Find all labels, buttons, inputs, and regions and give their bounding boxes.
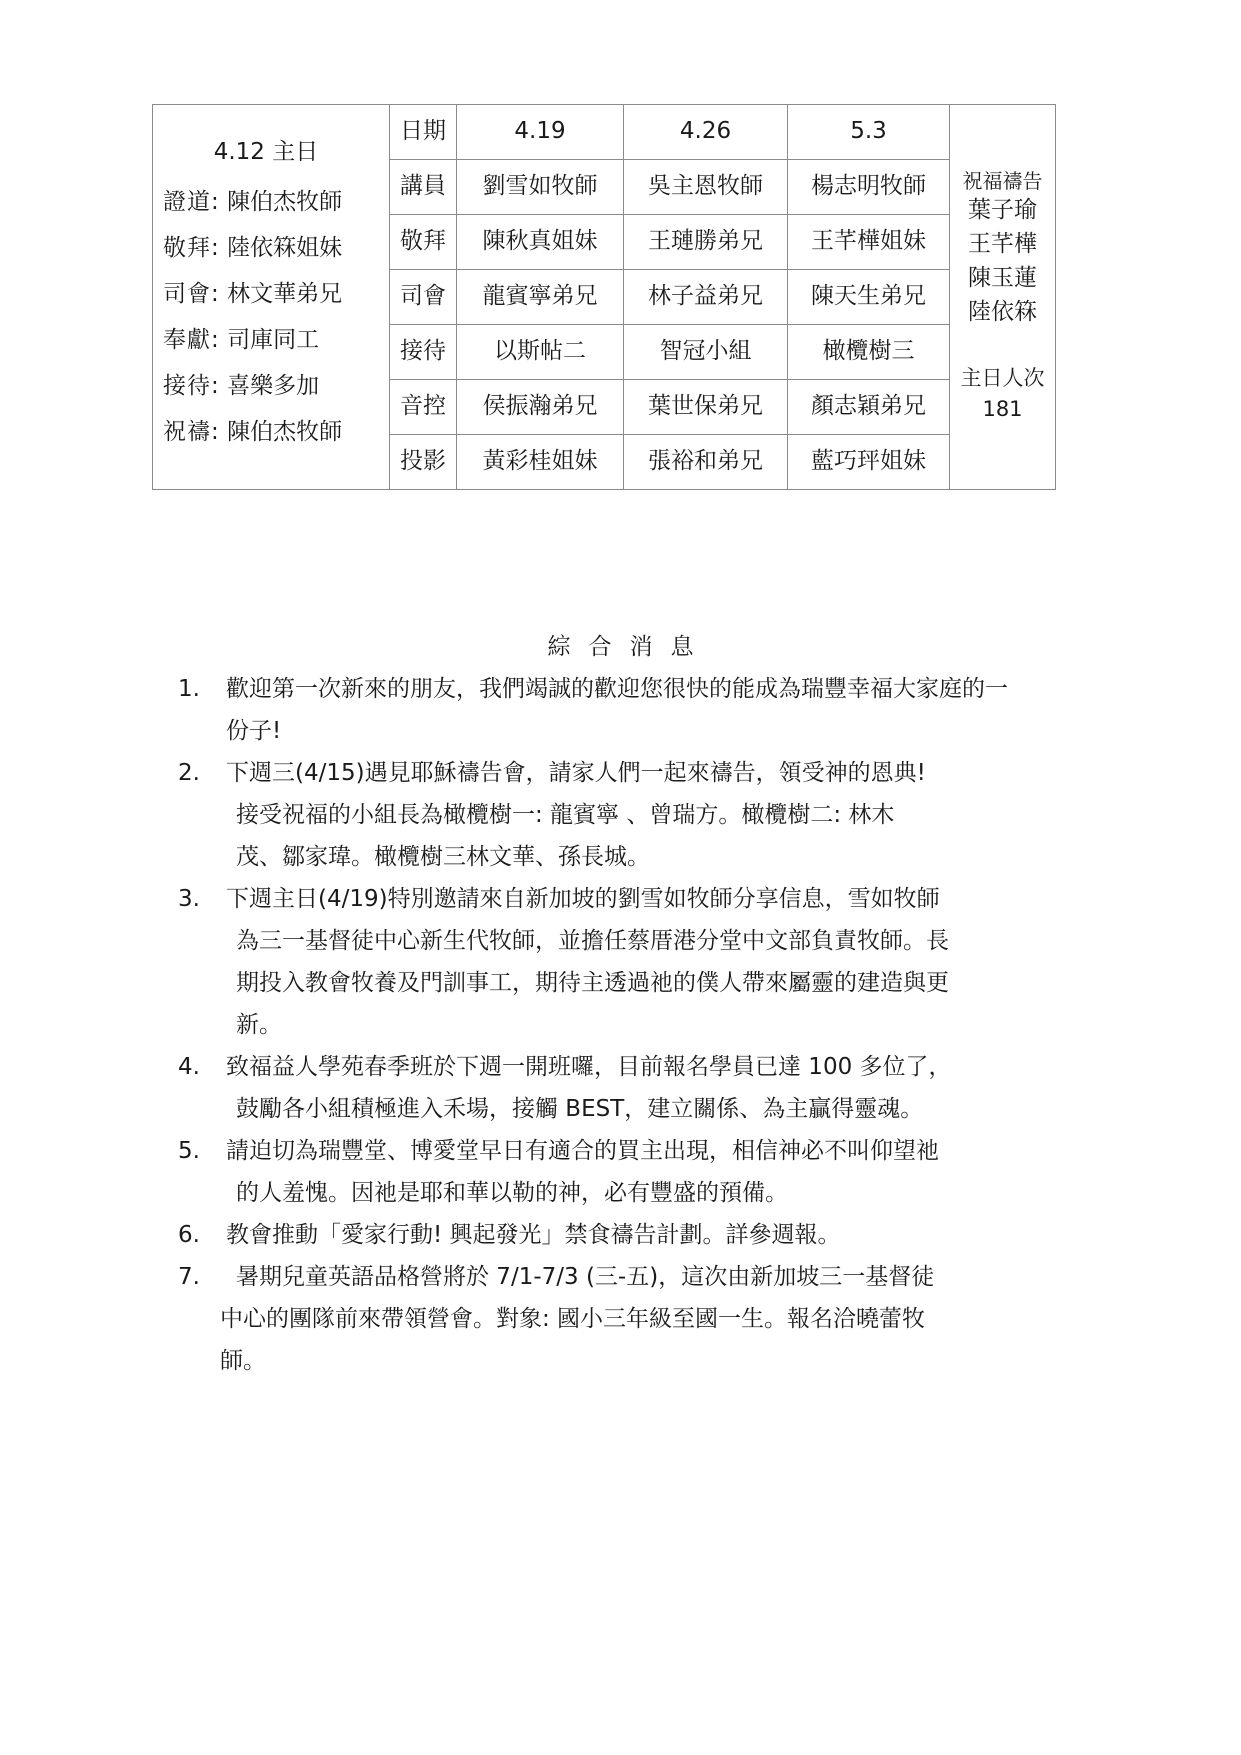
news-item-line: 期投入教會牧養及門訓事工，期待主透過祂的僕人帶來屬靈的建造與更	[0, 962, 1241, 1004]
current-sunday-cell: 4.12 主日 證道: 陳伯杰牧師 敬拜: 陸依箖姐妹 司會: 林文華弟兄 奉獻…	[153, 105, 390, 490]
table-cell: 劉雪如牧師	[457, 160, 624, 215]
news-item-line: 接受祝福的小組長為橄欖樹一: 龍賓寧 、曾瑞方。橄欖樹二: 林木	[0, 794, 1241, 836]
news-list: 1.歡迎第一次新來的朋友，我們竭誠的歡迎您很快的能成為瑞豐幸福大家庭的一份子!2…	[0, 668, 1241, 1382]
table-cell: 黃彩桂姐妹	[457, 435, 624, 490]
table-cell: 橄欖樹三	[788, 325, 950, 380]
news-item-line: 為三一基督徒中心新生代牧師，並擔任蔡厝港分堂中文部負責牧師。長	[0, 920, 1241, 962]
table-cell: 陳天生弟兄	[788, 270, 950, 325]
blessing-name: 陸依箖	[950, 295, 1055, 329]
news-item: 7.暑期兒童英語品格營將於 7/1-7/3 (三-五)，這次由新加坡三一基督徒中…	[0, 1256, 1241, 1382]
news-item-line: 師。	[0, 1340, 1241, 1382]
blessing-prayer-title: 祝福禱告	[950, 169, 1055, 193]
table-cell: 張裕和弟兄	[624, 435, 788, 490]
news-item-line: 暑期兒童英語品格營將於 7/1-7/3 (三-五)，這次由新加坡三一基督徒	[0, 1256, 1241, 1298]
row-label: 接待	[390, 325, 457, 380]
duty-offering: 奉獻: 司庫同工	[163, 317, 389, 363]
row-label: 投影	[390, 435, 457, 490]
blessing-name: 王芊樺	[950, 227, 1055, 261]
table-cell: 以斯帖二	[457, 325, 624, 380]
attendance-label: 主日人次	[950, 363, 1055, 394]
table-cell: 智冠小組	[624, 325, 788, 380]
table-cell: 吳主恩牧師	[624, 160, 788, 215]
news-item-line: 茂、鄒家瑋。橄欖樹三林文華、孫長城。	[0, 836, 1241, 878]
attendance-value: 181	[950, 394, 1055, 425]
news-item-line: 下週三(4/15)遇見耶穌禱告會，請家人們一起來禱告，領受神的恩典!	[0, 752, 1241, 794]
news-item: 3.下週主日(4/19)特別邀請來自新加坡的劉雪如牧師分享信息，雪如牧師為三一基…	[0, 878, 1241, 1046]
news-item: 4.致福益人學苑春季班於下週一開班囉，目前報名學員已達 100 多位了，鼓勵各小…	[0, 1046, 1241, 1130]
news-item-line: 份子!	[0, 710, 1241, 752]
service-schedule-table: 4.12 主日 證道: 陳伯杰牧師 敬拜: 陸依箖姐妹 司會: 林文華弟兄 奉獻…	[152, 104, 1056, 490]
date-cell: 4.26	[624, 105, 788, 160]
row-label: 敬拜	[390, 215, 457, 270]
duty-worship: 敬拜: 陸依箖姐妹	[163, 225, 389, 271]
news-section-title: 綜合消息	[0, 628, 1241, 661]
news-item-line: 的人羞愧。因祂是耶和華以勒的神，必有豐盛的預備。	[0, 1172, 1241, 1214]
news-item: 5.請迫切為瑞豐堂、博愛堂早日有適合的買主出現，相信神必不叫仰望祂的人羞愧。因祂…	[0, 1130, 1241, 1214]
news-item-line: 致福益人學苑春季班於下週一開班囉，目前報名學員已達 100 多位了，	[0, 1046, 1241, 1088]
date-cell: 4.19	[457, 105, 624, 160]
news-item-line: 下週主日(4/19)特別邀請來自新加坡的劉雪如牧師分享信息，雪如牧師	[0, 878, 1241, 920]
table-cell: 楊志明牧師	[788, 160, 950, 215]
table-cell: 藍巧玶姐妹	[788, 435, 950, 490]
table-cell: 林子益弟兄	[624, 270, 788, 325]
table-cell: 龍賓寧弟兄	[457, 270, 624, 325]
news-item-line: 中心的團隊前來帶領營會。對象: 國小三年級至國一生。報名洽曉蕾牧	[0, 1298, 1241, 1340]
duty-sermon: 證道: 陳伯杰牧師	[163, 179, 389, 225]
blessing-name: 葉子瑜	[950, 193, 1055, 227]
current-sunday-heading: 4.12 主日	[163, 139, 389, 167]
table-cell: 侯振瀚弟兄	[457, 380, 624, 435]
row-label: 音控	[390, 380, 457, 435]
row-label: 講員	[390, 160, 457, 215]
blessing-name: 陳玉蓮	[950, 261, 1055, 295]
duty-reception: 接待: 喜樂多加	[163, 363, 389, 409]
news-item: 6.教會推動「愛家行動! 興起發光」禁食禱告計劃。詳參週報。	[0, 1214, 1241, 1256]
table-cell: 顏志穎弟兄	[788, 380, 950, 435]
blessing-attendance-cell: 祝福禱告 葉子瑜 王芊樺 陳玉蓮 陸依箖 主日人次 181	[950, 105, 1056, 490]
row-label-date: 日期	[390, 105, 457, 160]
duty-benediction: 祝禱: 陳伯杰牧師	[163, 409, 389, 455]
row-label: 司會	[390, 270, 457, 325]
news-item-line: 請迫切為瑞豐堂、博愛堂早日有適合的買主出現，相信神必不叫仰望祂	[0, 1130, 1241, 1172]
date-cell: 5.3	[788, 105, 950, 160]
news-item: 1.歡迎第一次新來的朋友，我們竭誠的歡迎您很快的能成為瑞豐幸福大家庭的一份子!	[0, 668, 1241, 752]
table-cell: 葉世保弟兄	[624, 380, 788, 435]
duty-host: 司會: 林文華弟兄	[163, 271, 389, 317]
table-cell: 王芊樺姐妹	[788, 215, 950, 270]
news-item-line: 教會推動「愛家行動! 興起發光」禁食禱告計劃。詳參週報。	[0, 1214, 1241, 1256]
table-cell: 王璉勝弟兄	[624, 215, 788, 270]
news-item: 2.下週三(4/15)遇見耶穌禱告會，請家人們一起來禱告，領受神的恩典!接受祝福…	[0, 752, 1241, 878]
table-cell: 陳秋真姐妹	[457, 215, 624, 270]
news-item-line: 新。	[0, 1004, 1241, 1046]
table-row-dates: 4.12 主日 證道: 陳伯杰牧師 敬拜: 陸依箖姐妹 司會: 林文華弟兄 奉獻…	[153, 105, 1056, 160]
news-item-line: 歡迎第一次新來的朋友，我們竭誠的歡迎您很快的能成為瑞豐幸福大家庭的一	[0, 668, 1241, 710]
news-item-line: 鼓勵各小組積極進入禾場，接觸 BEST，建立關係、為主贏得靈魂。	[0, 1088, 1241, 1130]
